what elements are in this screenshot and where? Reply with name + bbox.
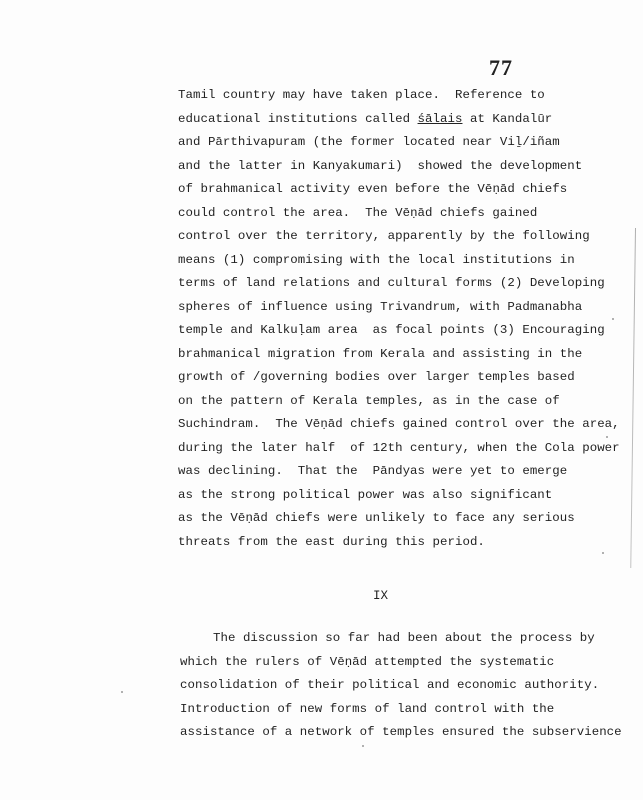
- text-line: threats from the east during this period…: [178, 531, 618, 555]
- text-line: of brahmanical activity even before the …: [178, 178, 618, 202]
- section-heading: IX: [373, 589, 388, 603]
- text-line: as the Vēṇād chiefs were unlikely to fac…: [178, 507, 618, 531]
- text-line: assistance of a network of temples ensur…: [180, 721, 620, 745]
- paragraph-2: The discussion so far had been about the…: [180, 627, 620, 745]
- text-line: Introduction of new forms of land contro…: [180, 698, 620, 722]
- text-line: during the later half of 12th century, w…: [178, 437, 618, 461]
- text-line: means (1) compromising with the local in…: [178, 249, 618, 273]
- text-fragment: at Kandalūr: [462, 112, 552, 126]
- page-number: 77: [489, 55, 513, 81]
- text-line: terms of land relations and cultural for…: [178, 272, 618, 296]
- scanned-page: 77 Tamil country may have taken place. R…: [0, 0, 643, 800]
- text-line: spheres of influence using Trivandrum, w…: [178, 296, 618, 320]
- text-line: could control the area. The Vēṇād chiefs…: [178, 202, 618, 226]
- text-line: brahmanical migration from Kerala and as…: [178, 343, 618, 367]
- text-fragment: educational institutions called: [178, 112, 418, 126]
- text-line: growth of /governing bodies over larger …: [178, 366, 618, 390]
- text-line: The discussion so far had been about the…: [180, 627, 620, 651]
- text-line: and Pārthivapuram (the former located ne…: [178, 131, 618, 155]
- scan-margin-line: [630, 228, 636, 568]
- text-line: which the rulers of Vēṇād attempted the …: [180, 651, 620, 675]
- text-line: control over the territory, apparently b…: [178, 225, 618, 249]
- text-line: was declining. That the Pāndyas were yet…: [178, 460, 618, 484]
- scan-speck: [612, 318, 614, 320]
- paragraph-1: Tamil country may have taken place. Refe…: [178, 84, 618, 554]
- text-line: Tamil country may have taken place. Refe…: [178, 84, 618, 108]
- text-line: temple and Kalkuḷam area as focal points…: [178, 319, 618, 343]
- text-line: educational institutions called śālais a…: [178, 108, 618, 132]
- scan-speck: [606, 436, 608, 438]
- text-line: on the pattern of Kerala temples, as in …: [178, 390, 618, 414]
- scan-speck: [362, 745, 364, 747]
- scan-speck: [602, 552, 604, 554]
- text-line: and the latter in Kanyakumari) showed th…: [178, 155, 618, 179]
- underlined-term: śālais: [418, 112, 463, 126]
- text-line: Suchindram. The Vēṇād chiefs gained cont…: [178, 413, 618, 437]
- text-line: consolidation of their political and eco…: [180, 674, 620, 698]
- text-line: as the strong political power was also s…: [178, 484, 618, 508]
- scan-speck: [121, 691, 123, 693]
